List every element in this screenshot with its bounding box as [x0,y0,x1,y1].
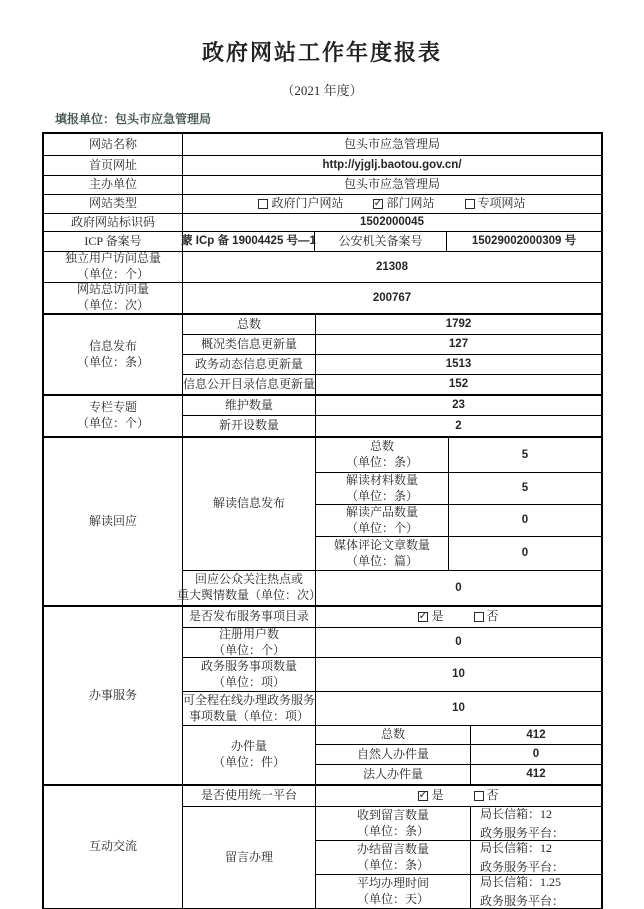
label-text: 重大舆情数量（单位：次） [177,588,321,604]
option-catalog-yes: 是 [418,609,443,625]
disclosure-updates-label: 信息公开目录信息更新量 [183,375,315,394]
option-label: 是 [431,788,443,804]
row-overview-updates: 概况类信息更新量 127 [183,334,601,354]
group-text: 专栏专题 [89,400,137,416]
overview-updates-label: 概况类信息更新量 [183,335,315,354]
report-year-subtitle: （2021 年度） [0,80,644,99]
cases-legal-person-label: 法人办件量 [316,765,470,784]
option-catalog-no: 否 [474,609,499,625]
services-group-label: 办事服务 [44,607,182,784]
group-text: 解读回应 [89,514,137,530]
average-handling-time-label: 平均办理时间 （单位：天） [316,875,470,908]
value-text: 15029002000309 号 [472,234,576,249]
label-text: 是否使用统一平台 [201,788,297,804]
service-items-label: 政务服务事项数量 （单位：项） [183,658,315,691]
value-text: 0 [455,635,461,650]
value-text: 0 [522,513,528,528]
row-unique-visitors: 独立用户访问总量 （单位：个） 21308 [44,251,601,282]
label-text: 首页网址 [89,158,137,174]
row-public-response: 回应公众关注热点或 重大舆情数量（单位：次） 0 [183,570,601,605]
site-type-options: 政府门户网站 部门网站 专项网站 [182,195,601,213]
value-text: 蒙 ICp 备 19004425 号—1 [181,234,316,249]
value-text: 1502000045 [360,215,424,230]
label-text: 法人办件量 [363,767,423,783]
row-cases-total: 总数 412 [316,726,601,744]
row-case-volume: 办件量 （单位：件） 总数 412 自然人办件量 0 法人办件量 412 [183,725,601,784]
value-text: 包头市应急管理局 [344,177,440,193]
option-portal-site: 政府门户网站 [258,196,343,212]
site-type-label: 网站类型 [44,195,182,213]
public-response-label: 回应公众关注热点或 重大舆情数量（单位：次） [183,571,315,605]
value-line: 局长信箱：1.25 [480,873,561,892]
label-text: 网站类型 [89,196,137,212]
value-text: 2 [455,419,461,434]
unit-text: （单位：个） [77,416,149,432]
unit-text: （单位：次） [77,298,149,314]
option-department-site: 部门网站 [373,196,434,212]
value-text: 0 [522,546,528,561]
interpret-release-label: 解读信息发布 [183,438,315,570]
unit-text: （单位：天） [357,892,429,908]
cases-natural-person-value: 0 [470,745,601,764]
row-interpret-products: 解读产品数量 （单位：个） 0 [316,504,601,536]
total-visits-value: 200767 [182,283,601,313]
unit-text: （单位：个） [77,267,149,283]
value-text: 5 [522,448,528,463]
online-service-items-label: 可全程在线办理政务服务 事项数量（单位：项） [183,692,315,725]
report-title: 政府网站工作年度报表 [0,36,644,67]
group-text: 办事服务 [89,688,137,704]
maintained-columns-label: 维护数量 [183,396,315,415]
label-text: 总数 [370,439,394,455]
option-platform-yes: 是 [418,788,443,804]
label-text: 收到留言数量 [357,808,429,824]
value-text: 1513 [446,357,472,372]
cases-legal-person-value: 412 [470,765,601,784]
label-text: 公安机关备案号 [338,234,422,250]
row-site-code: 政府网站标识码 1502000045 [44,213,601,231]
label-text: 办结留言数量 [357,842,429,858]
option-platform-no: 否 [474,788,499,804]
info-release-group-label: 信息发布 （单位：条） [44,315,182,394]
label-text: 注册用户数 [219,627,279,643]
site-code-label: 政府网站标识码 [44,214,182,231]
label-text: ICP 备案号 [84,234,141,250]
option-label: 部门网站 [386,196,434,212]
label-text: 维护数量 [225,398,273,414]
annual-report-table: 网站名称 包头市应急管理局 首页网址 http://yjglj.baotou.g… [42,132,603,909]
unified-platform-label: 是否使用统一平台 [183,786,315,806]
dynamic-updates-label: 政务动态信息更新量 [183,355,315,374]
group-text: 留言办理 [225,850,273,866]
unit-text: （单位：个） [213,643,285,659]
value-text: 21308 [376,260,408,275]
label-text: 新开设数量 [219,418,279,434]
row-interpret-materials: 解读材料数量 （单位：条） 5 [316,472,601,504]
unit-text: （单位：条） [77,355,149,371]
row-interpret-total: 总数 （单位：条） 5 [316,438,601,472]
value-text: 412 [526,728,545,743]
row-interpret-release: 解读信息发布 总数 （单位：条） 5 解读材料数量 （单位：条） [183,438,601,570]
value-text: 0 [455,581,461,596]
section-interpretation: 解读回应 解读信息发布 总数 （单位：条） 5 解读材料数量 [44,436,601,605]
value-text: 152 [449,377,468,392]
section-info-release: 信息发布 （单位：条） 总数 1792 概况类信息更新量 127 政务动态信息更… [44,313,601,394]
unit-text: （单位：条） [346,489,418,505]
dynamic-updates-value: 1513 [315,355,601,374]
interpret-total-value: 5 [448,438,601,472]
cases-total-label: 总数 [316,726,470,744]
icp-value: 蒙 ICp 备 19004425 号—1 [182,232,314,251]
new-columns-label: 新开设数量 [183,416,315,436]
media-comments-value: 0 [448,537,601,570]
total-visits-label: 网站总访问量 （单位：次） [44,283,182,313]
unit-text: （单位：件） [213,755,285,771]
service-items-value: 10 [315,658,601,691]
case-volume-label: 办件量 （单位：件） [183,726,315,784]
option-label: 否 [487,788,499,804]
interpret-products-label: 解读产品数量 （单位：个） [316,505,448,536]
site-code-value: 1502000045 [182,214,601,231]
messages-resolved-label: 办结留言数量 （单位：条） [316,841,470,874]
site-name-value: 包头市应急管理局 [182,134,601,155]
section-basic-info: 网站名称 包头市应急管理局 首页网址 http://yjglj.baotou.g… [44,134,601,313]
homepage-url-label: 首页网址 [44,156,182,175]
section-services: 办事服务 是否发布服务事项目录 是 否 注册用户数 [44,605,601,784]
group-text: 解读信息发布 [213,496,285,512]
interpret-products-value: 0 [448,505,601,536]
overview-updates-value: 127 [315,335,601,354]
organizer-value: 包头市应急管理局 [182,176,601,194]
unit-text: （单位：条） [346,455,418,471]
value-text: 5 [522,481,528,496]
row-total-visits: 网站总访问量 （单位：次） 200767 [44,282,601,313]
unit-text: （单位：条） [357,858,429,874]
row-registered-users: 注册用户数 （单位：个） 0 [183,627,601,657]
label-text: 政务动态信息更新量 [195,357,303,373]
label-text: 概况类信息更新量 [201,337,297,353]
row-message-handling: 留言办理 收到留言数量 （单位：条） 局长信箱：12 政务服务平台： [183,806,601,908]
cases-natural-person-label: 自然人办件量 [316,745,470,764]
value-text: 412 [526,767,545,782]
label-text: 总数 [237,317,261,333]
reporting-unit-line: 填报单位：包头市应急管理局 [55,110,644,127]
row-unified-platform: 是否使用统一平台 是 否 [183,786,601,806]
value-line: 局长信箱：12 [480,805,552,824]
section-interaction: 互动交流 是否使用统一平台 是 否 留言办理 [44,784,601,908]
label-text: 信息公开目录信息更新量 [183,377,315,393]
unit-text: 事项数量（单位：项） [189,709,309,725]
label-text: 回应公众关注热点或 [195,572,303,588]
messages-received-value: 局长信箱：12 政务服务平台： [470,807,601,840]
checkbox-portal-site[interactable] [258,199,268,209]
group-text: 信息发布 [89,339,137,355]
maintained-columns-value: 23 [315,396,601,415]
row-homepage-url: 首页网址 http://yjglj.baotou.gov.cn/ [44,155,601,175]
label-text: 主办单位 [89,177,137,193]
message-handling-label: 留言办理 [183,807,315,908]
icp-label: ICP 备案号 [44,232,182,251]
label-text: 可全程在线办理政务服务 [183,693,315,709]
label-text: 解读材料数量 [346,473,418,489]
interpret-total-label: 总数 （单位：条） [316,438,448,472]
row-cases-natural-person: 自然人办件量 0 [316,744,601,764]
row-average-handling-time: 平均办理时间 （单位：天） 局长信箱：1.25 政务服务平台： [316,874,601,908]
row-cases-legal-person: 法人办件量 412 [316,764,601,784]
row-service-catalog: 是否发布服务事项目录 是 否 [183,607,601,627]
interaction-group-label: 互动交流 [44,786,182,908]
value-text: 200767 [373,291,411,306]
unit-text: （单位：项） [213,675,285,691]
media-comments-label: 媒体评论文章数量 （单位：篇） [316,537,448,570]
option-label: 是 [431,609,443,625]
unified-platform-options: 是 否 [315,786,601,806]
label-text: 网站名称 [89,137,137,153]
interpretation-group-label: 解读回应 [44,438,182,605]
messages-resolved-value: 局长信箱：12 政务服务平台： [470,841,601,874]
checkbox-platform-no[interactable] [474,791,484,801]
site-name-label: 网站名称 [44,134,182,155]
value-text: 10 [452,701,465,716]
row-info-total: 总数 1792 [183,315,601,334]
unit-text: （单位：条） [357,824,429,840]
checkbox-catalog-no[interactable] [474,612,484,622]
option-label: 政府门户网站 [271,196,343,212]
label-text: 政务服务事项数量 [201,659,297,675]
value-text: 0 [533,747,539,762]
row-service-items: 政务服务事项数量 （单位：项） 10 [183,657,601,691]
label-text: 媒体评论文章数量 [334,538,430,554]
row-dynamic-updates: 政务动态信息更新量 1513 [183,354,601,374]
row-site-type: 网站类型 政府门户网站 部门网站 专项网站 [44,194,601,213]
service-catalog-options: 是 否 [315,607,601,627]
checkbox-platform-yes[interactable] [418,791,428,801]
label-text: 平均办理时间 [357,876,429,892]
row-icp: ICP 备案号 蒙 ICp 备 19004425 号—1 公安机关备案号 150… [44,231,601,251]
label-text: 独立用户访问总量 [65,251,161,267]
unit-text: （单位：篇） [346,554,418,570]
label-text: 政府网站标识码 [71,215,155,231]
disclosure-updates-value: 152 [315,375,601,394]
label-text: 网站总访问量 [77,282,149,298]
value-text: 1792 [446,317,472,332]
average-handling-time-value: 局长信箱：1.25 政务服务平台： [470,875,601,908]
checkbox-catalog-yes[interactable] [418,612,428,622]
service-catalog-label: 是否发布服务事项目录 [183,607,315,627]
option-label: 否 [487,609,499,625]
option-label: 专项网站 [478,196,526,212]
registered-users-label: 注册用户数 （单位：个） [183,628,315,657]
value-text: 23 [452,398,465,413]
label-text: 是否发布服务事项目录 [189,609,309,625]
row-media-comments: 媒体评论文章数量 （单位：篇） 0 [316,536,601,570]
url-text[interactable]: http://yjglj.baotou.gov.cn/ [322,158,461,173]
section-columns-topics: 专栏专题 （单位：个） 维护数量 23 新开设数量 2 [44,394,601,436]
online-service-items-value: 10 [315,692,601,725]
interpret-materials-label: 解读材料数量 （单位：条） [316,473,448,504]
unit-text: （单位：个） [346,521,418,537]
row-new-columns: 新开设数量 2 [183,415,601,436]
label-text: 总数 [381,727,405,743]
homepage-url-value[interactable]: http://yjglj.baotou.gov.cn/ [182,156,601,175]
info-total-value: 1792 [315,315,601,334]
police-record-value: 15029002000309 号 [446,232,601,251]
messages-received-label: 收到留言数量 （单位：条） [316,807,470,840]
columns-topics-group-label: 专栏专题 （单位：个） [44,396,182,436]
cases-total-value: 412 [470,726,601,744]
info-total-label: 总数 [183,315,315,334]
row-online-service-items: 可全程在线办理政务服务 事项数量（单位：项） 10 [183,691,601,725]
row-messages-resolved: 办结留言数量 （单位：条） 局长信箱：12 政务服务平台： [316,840,601,874]
registered-users-value: 0 [315,628,601,657]
value-line: 政务服务平台： [480,892,564,909]
value-line: 局长信箱：12 [480,839,552,858]
unique-visitors-label: 独立用户访问总量 （单位：个） [44,252,182,282]
organizer-label: 主办单位 [44,176,182,194]
row-maintained-columns: 维护数量 23 [183,396,601,415]
row-messages-received: 收到留言数量 （单位：条） 局长信箱：12 政务服务平台： [316,807,601,840]
public-response-value: 0 [315,571,601,605]
value-text: 127 [449,337,468,352]
police-record-label: 公安机关备案号 [314,232,446,251]
checkbox-department-site[interactable] [373,199,383,209]
group-text: 互动交流 [89,839,137,855]
interpret-materials-value: 5 [448,473,601,504]
unique-visitors-value: 21308 [182,252,601,282]
row-disclosure-updates: 信息公开目录信息更新量 152 [183,374,601,394]
new-columns-value: 2 [315,416,601,436]
checkbox-special-site[interactable] [465,199,475,209]
value-text: 包头市应急管理局 [344,137,440,153]
option-special-site: 专项网站 [465,196,526,212]
label-text: 解读产品数量 [346,505,418,521]
row-organizer: 主办单位 包头市应急管理局 [44,175,601,194]
value-text: 10 [452,667,465,682]
label-text: 自然人办件量 [357,747,429,763]
label-text: 办件量 [231,739,267,755]
row-site-name: 网站名称 包头市应急管理局 [44,134,601,155]
